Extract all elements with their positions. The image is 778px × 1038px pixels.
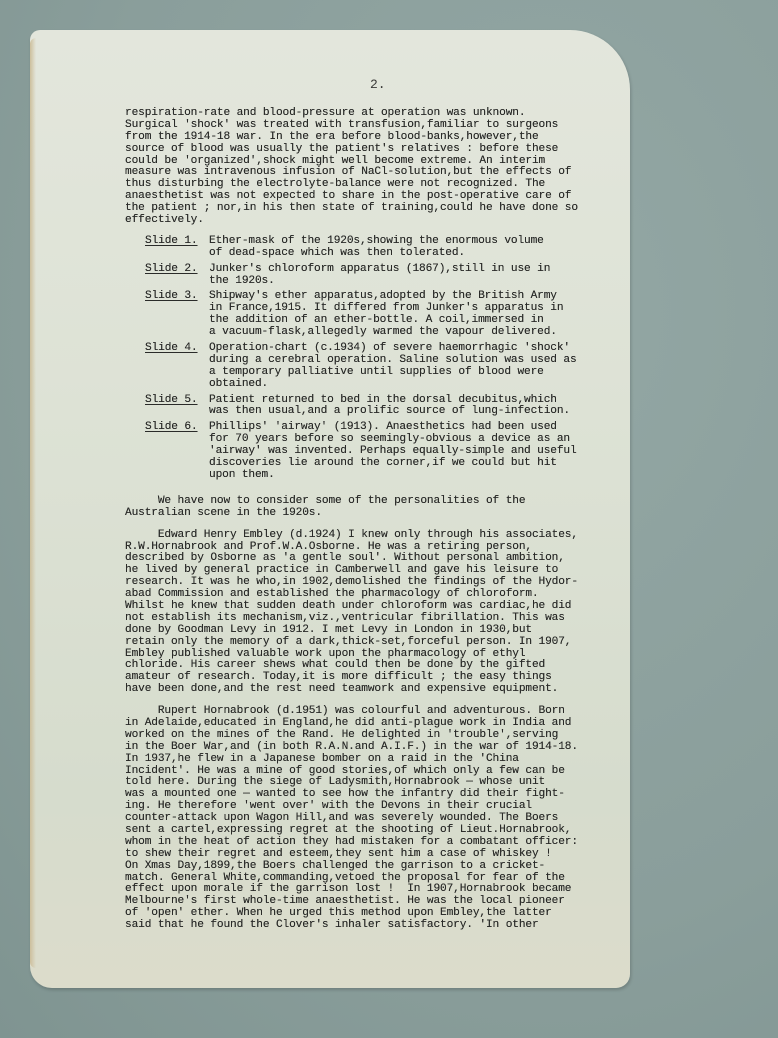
text-line: upon them. bbox=[209, 470, 635, 482]
typewritten-page: 2. respiration-rate and blood-pressure a… bbox=[30, 30, 630, 988]
slide-label: Slide 2. bbox=[125, 264, 209, 288]
slide-entry-6: Slide 6. Phillips' 'airway' (1913). Anae… bbox=[125, 422, 635, 481]
text-line: said that he found the Clover's inhaler … bbox=[125, 920, 635, 932]
slide-label: Slide 3. bbox=[125, 291, 209, 339]
text-line: from the 1914-18 war. In the era before … bbox=[125, 132, 635, 144]
text-line: whom in the heat of action they had mist… bbox=[125, 837, 635, 849]
slide-label: Slide 5. bbox=[125, 395, 209, 419]
slide-entry-2: Slide 2. Junker's chloroform apparatus (… bbox=[125, 264, 635, 288]
text-line: have been done,and the rest need teamwor… bbox=[125, 684, 635, 696]
text-line: Ether-mask of the 1920s,showing the enor… bbox=[209, 236, 635, 248]
text-line: done by Goodman Levy in 1912. I met Levy… bbox=[125, 625, 635, 637]
embley-paragraph: Edward Henry Embley (d.1924) I knew only… bbox=[125, 530, 635, 696]
page-body: respiration-rate and blood-pressure at o… bbox=[125, 108, 635, 932]
text-line: Edward Henry Embley (d.1924) I knew only… bbox=[125, 530, 635, 542]
slide-entry-3: Slide 3. Shipway's ether apparatus,adopt… bbox=[125, 291, 635, 339]
intro-paragraph: respiration-rate and blood-pressure at o… bbox=[125, 108, 635, 227]
personalities-paragraph: We have now to consider some of the pers… bbox=[125, 496, 635, 520]
text-line: a temporary palliative until supplies of… bbox=[209, 367, 635, 379]
text-line: source of blood was usually the patient'… bbox=[125, 144, 635, 156]
text-line: Junker's chloroform apparatus (1867),sti… bbox=[209, 264, 635, 276]
text-line: obtained. bbox=[209, 379, 635, 391]
hornabrook-paragraph: Rupert Hornabrook (d.1951) was colourful… bbox=[125, 706, 635, 932]
text-line: of dead-space which was then tolerated. bbox=[209, 248, 635, 260]
slide-label: Slide 1. bbox=[125, 236, 209, 260]
text-line: effectively. bbox=[125, 215, 635, 227]
text-line: to shew their regret and esteem,they sen… bbox=[125, 849, 635, 861]
text-line: was then usual,and a prolific source of … bbox=[209, 406, 635, 418]
text-line: the 1920s. bbox=[209, 276, 635, 288]
slide-entry-5: Slide 5. Patient returned to bed in the … bbox=[125, 395, 635, 419]
text-line: not establish its mechanism,viz.,ventric… bbox=[125, 613, 635, 625]
text-line: retain only the memory of a dark,thick-s… bbox=[125, 637, 635, 649]
slide-label: Slide 6. bbox=[125, 422, 209, 481]
text-line: In 1937,he flew in a Japanese bomber on … bbox=[125, 754, 635, 766]
text-line: Australian scene in the 1920s. bbox=[125, 508, 635, 520]
text-line: Surgical 'shock' was treated with transf… bbox=[125, 120, 635, 132]
text-line: worked on the mines of the Rand. He deli… bbox=[125, 730, 635, 742]
slide-label: Slide 4. bbox=[125, 343, 209, 391]
page-number: 2. bbox=[370, 77, 386, 92]
text-line: in the Boer War,and (in both R.A.N.and A… bbox=[125, 742, 635, 754]
text-line: On Xmas Day,1899,the Boers challenged th… bbox=[125, 861, 635, 873]
text-line: We have now to consider some of the pers… bbox=[125, 496, 635, 508]
slide-entry-4: Slide 4. Operation-chart (c.1934) of sev… bbox=[125, 343, 635, 391]
text-line: a vacuum-flask,allegedly warmed the vapo… bbox=[209, 327, 635, 339]
slide-entry-1: Slide 1. Ether-mask of the 1920s,showing… bbox=[125, 236, 635, 260]
